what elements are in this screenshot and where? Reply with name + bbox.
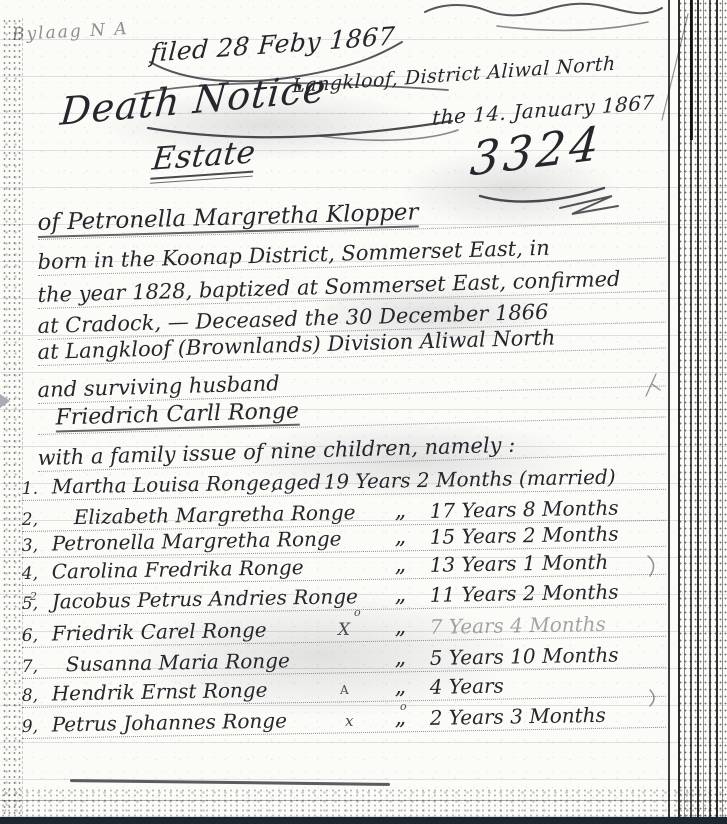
child-age: 13 Years 1 Month [429, 550, 608, 577]
place-district-line: Langkloof, District Aliwal North [292, 53, 616, 98]
ditto-mark: „ [394, 674, 406, 699]
child-number: 6, [22, 626, 39, 646]
child-number: 8, [22, 686, 39, 706]
ditto-mark: „ [394, 614, 406, 639]
child-age: 15 Years 2 Months [429, 522, 618, 549]
child-number: 3, [22, 536, 39, 556]
cutoff-handwriting-stroke [425, 4, 662, 16]
ditto-mark: „ [394, 498, 406, 523]
pencil-mark-x: X [338, 620, 350, 640]
pencil-mark-o: o [400, 700, 407, 713]
child-name: Hendrik Ernst Ronge [52, 678, 268, 706]
ditto-mark: „ [394, 524, 406, 549]
child-number: 7, [22, 657, 39, 677]
right-edge-scan-band [678, 0, 727, 824]
death-notice-title: Death Notice [59, 66, 329, 134]
scan-artifact-arrow [0, 394, 10, 408]
bottom-faint-rule [0, 800, 727, 801]
child-name: Susanna Maria Ronge [66, 648, 290, 676]
pencil-mark-a: A [340, 683, 349, 697]
child-number: 1. [22, 479, 39, 499]
child-name: Carolina Fredrika Ronge [52, 555, 304, 583]
archive-reference-pencil: Bylaag N A [12, 19, 130, 45]
pencil-mark-x: x [345, 712, 353, 730]
child-name: Petrus Johannes Ronge [52, 708, 288, 736]
bottom-scan-bar [0, 817, 727, 824]
child-age: 5 Years 10 Months [429, 643, 618, 670]
child-age: 19 Years 2 Months (married) [324, 465, 616, 494]
ditto-mark: „ [394, 645, 406, 670]
child-number: 4, [22, 564, 39, 584]
pencil-mark-o: o [354, 606, 361, 619]
pencil-mark-superscript: 2 [30, 590, 37, 603]
child-name: Martha Louisa Ronge, [52, 471, 278, 499]
scanned-death-notice-page: Bylaag N A filed 28 Feby 1867 Langkloof,… [0, 0, 727, 824]
estate-number: 3324 [468, 115, 605, 186]
right-margin-rule [668, 0, 670, 824]
child-name: Friedrik Carel Ronge [52, 618, 267, 646]
ditto-mark: „ [394, 552, 406, 577]
filed-date-note: filed 28 Feby 1867 [149, 21, 396, 67]
aged-label: aged [272, 470, 322, 495]
bottom-noise-strip [0, 788, 727, 818]
child-number: 9, [22, 717, 39, 737]
ditto-mark: „ [394, 582, 406, 607]
left-edge-noise-band [2, 18, 23, 814]
child-age: 7 Years 4 Months [429, 612, 606, 639]
estate-label: Estate [150, 134, 257, 184]
child-age: 4 Years [429, 674, 504, 699]
child-age: 2 Years 3 Months [429, 703, 606, 730]
closing-rule-line [70, 779, 390, 786]
child-name: Jacobus Petrus Andries Ronge [52, 584, 359, 613]
child-age: 11 Years 2 Months [429, 580, 618, 607]
page-edge-line [690, 0, 693, 140]
title-underline-swoosh [148, 121, 452, 137]
